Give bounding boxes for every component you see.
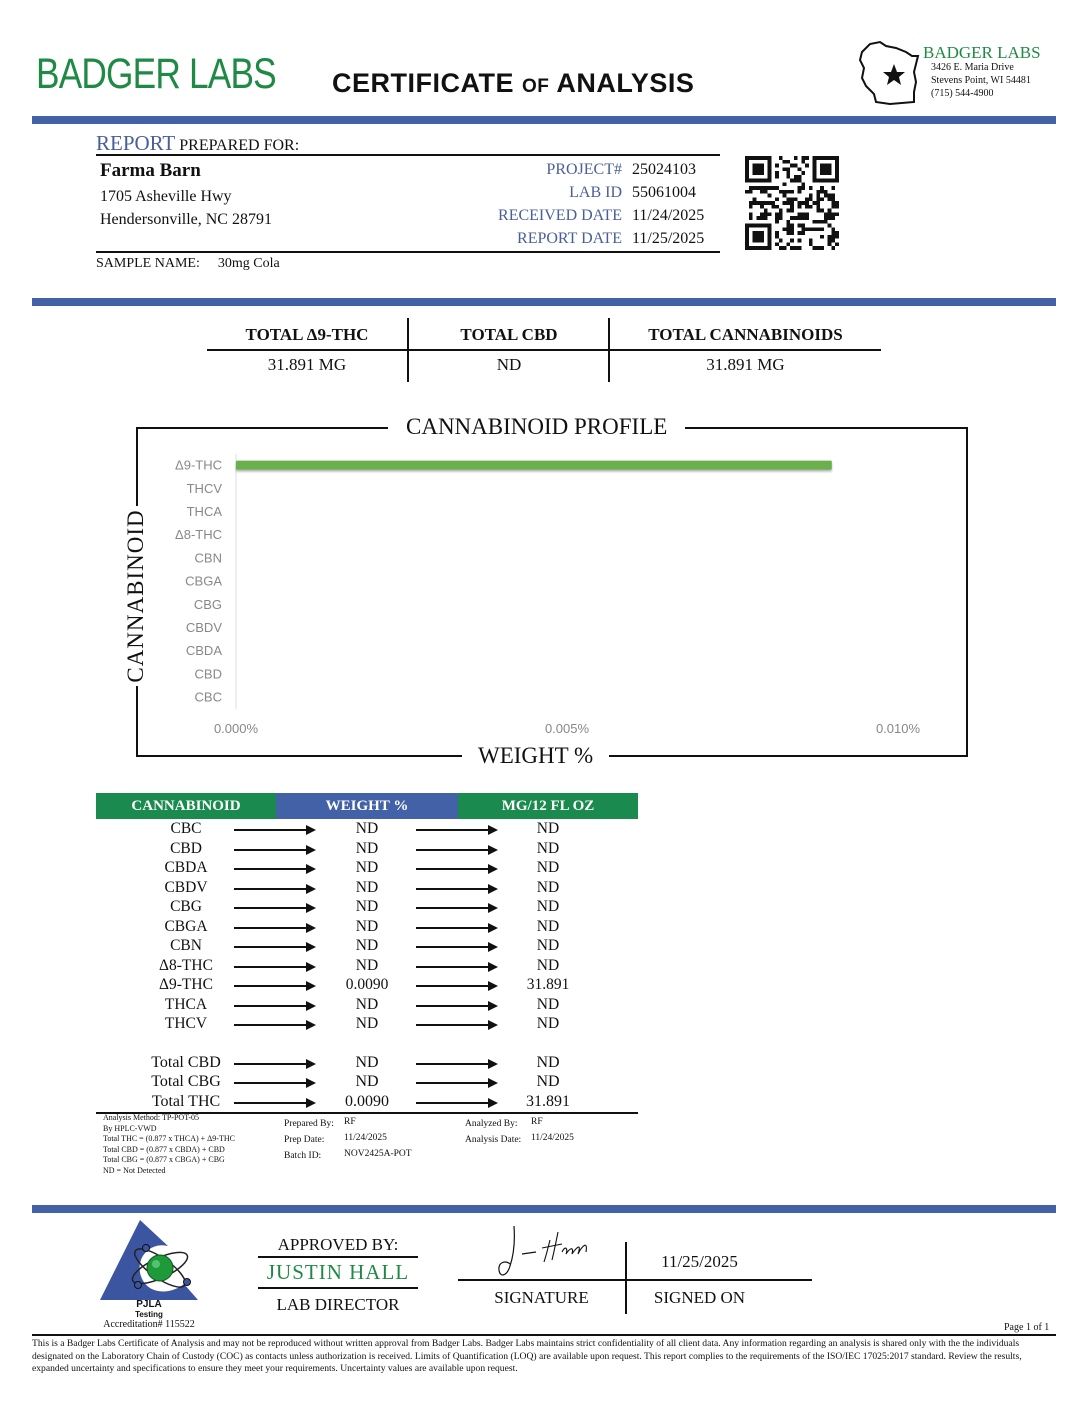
svg-text:CBDA: CBDA (186, 643, 222, 658)
prepared-by-label: Prepared By: (284, 1116, 334, 1132)
divider (207, 349, 881, 351)
lab-id: 55061004 (632, 181, 704, 204)
prep-labels: Prepared By: Prep Date: Batch ID: (284, 1116, 334, 1164)
analysis-date-label: Analysis Date: (465, 1132, 521, 1148)
note: Total THC = (0.877 x THCA) + Δ9-THC (103, 1134, 235, 1145)
received-date: 11/24/2025 (632, 204, 704, 227)
table-row: Total THC0.009031.891 (96, 1093, 638, 1113)
brand-logo: BADGER LABS (30, 46, 280, 102)
batch-id: NOV2425A-POT (344, 1146, 412, 1162)
total-cannabinoids-label: TOTAL CANNABINOIDS (610, 325, 881, 345)
svg-text:THCV: THCV (187, 481, 223, 496)
svg-text:CBDV: CBDV (186, 620, 222, 635)
table-row: Total CBGNDND (96, 1073, 638, 1093)
divider (458, 1279, 812, 1281)
lab-phone: (715) 544-4900 (931, 87, 1031, 100)
svg-text:CBC: CBC (195, 690, 222, 705)
mg-value: ND (458, 840, 638, 858)
table-row: Δ8-THCNDND (96, 957, 638, 977)
pjla-label: PJLA Testing Accreditation# 115522 (94, 1300, 204, 1330)
prep-date-label: Prep Date: (284, 1132, 334, 1148)
approver-name: JUSTIN HALL (258, 1258, 418, 1289)
column-header-cannabinoid: CANNABINOID (96, 793, 276, 819)
report-prepared-for-label: REPORT PREPARED FOR: (96, 131, 299, 156)
mg-value: ND (458, 1073, 638, 1091)
wisconsin-map-icon (856, 38, 928, 108)
prepared-by: RF (344, 1114, 412, 1130)
svg-text:Δ8-THC: Δ8-THC (175, 527, 222, 542)
report-date: 11/25/2025 (632, 227, 704, 250)
report-date-label: REPORT DATE (440, 227, 622, 250)
note: Total CBG = (0.877 x CBGA) + CBG (103, 1155, 235, 1166)
mg-value: ND (458, 820, 638, 838)
brand-name: BADGER LABS (36, 50, 276, 99)
prep-date: 11/24/2025 (344, 1130, 412, 1146)
approver-title: LAB DIRECTOR (258, 1295, 418, 1315)
table-row: CBGNDND (96, 898, 638, 918)
signed-date: 11/25/2025 (627, 1252, 772, 1272)
analyzed-by: RF (531, 1114, 574, 1130)
total-thc-value: 31.891 MG (207, 355, 407, 375)
method-notes: Analysis Method: TP-POT-05 By HPLC-VWD T… (103, 1113, 235, 1176)
report-meta-labels: PROJECT# LAB ID RECEIVED DATE REPORT DAT… (440, 158, 622, 250)
client-address: 1705 Asheville Hwy Hendersonville, NC 28… (100, 185, 272, 231)
mg-value: ND (458, 898, 638, 916)
total-cbd-label: TOTAL CBD (409, 325, 609, 345)
total-cannabinoids-value: 31.891 MG (610, 355, 881, 375)
svg-text:CBD: CBD (195, 666, 222, 681)
page-number: Page 1 of 1 (1004, 1322, 1049, 1333)
table-row: CBGANDND (96, 918, 638, 938)
chart-y-axis-label: CANNABINOID (123, 506, 149, 686)
divider (96, 154, 720, 156)
total-thc-label: TOTAL Δ9-THC (207, 325, 407, 345)
table-header: CANNABINOID WEIGHT % MG/12 FL OZ (96, 793, 638, 819)
column-header-weight: WEIGHT % (276, 793, 458, 819)
svg-text:Δ9-THC: Δ9-THC (175, 458, 222, 473)
project-label: PROJECT# (440, 158, 622, 181)
mg-value: ND (458, 937, 638, 955)
document-title: CERTIFICATE OF ANALYSIS (332, 68, 694, 99)
column-header-mg: MG/12 FL OZ (458, 793, 638, 819)
approval-block: APPROVED BY: JUSTIN HALL LAB DIRECTOR (258, 1235, 418, 1315)
svg-text:CBGA: CBGA (185, 574, 222, 589)
results-table: CANNABINOID WEIGHT % MG/12 FL OZ CBCNDND… (96, 793, 638, 1114)
footer-divider (32, 1205, 1056, 1213)
lab-name: BADGER LABS (923, 43, 1041, 63)
section-divider (32, 298, 1056, 306)
table-row: THCANDND (96, 996, 638, 1016)
table-row: CBDNDND (96, 840, 638, 860)
svg-text:THCA: THCA (187, 504, 223, 519)
signed-on-label: SIGNED ON (627, 1288, 772, 1308)
total-cbd-value: ND (409, 355, 609, 375)
svg-text:CBN: CBN (195, 550, 222, 565)
pjla-sub: Testing (135, 1310, 163, 1319)
table-row: CBDVNDND (96, 879, 638, 899)
svg-text:0.005%: 0.005% (545, 721, 590, 736)
note: By HPLC-VWD (103, 1124, 235, 1135)
report-label: REPORT (96, 131, 175, 155)
client-city: Hendersonville, NC 28791 (100, 208, 272, 231)
mg-value: ND (458, 859, 638, 877)
note: Analysis Method: TP-POT-05 (103, 1113, 235, 1124)
lab-street: 3426 E. Maria Drive (931, 61, 1031, 74)
analysis-values: RF 11/24/2025 (531, 1114, 574, 1146)
qr-code-icon[interactable] (745, 156, 839, 250)
spacer (96, 1035, 638, 1054)
received-date-label: RECEIVED DATE (440, 204, 622, 227)
mg-value: ND (458, 879, 638, 897)
prepared-for-label: PREPARED FOR: (175, 137, 299, 154)
svg-text:CBG: CBG (194, 597, 222, 612)
header-divider (32, 116, 1056, 124)
chart-x-axis-label: WEIGHT % (462, 743, 609, 769)
batch-id-label: Batch ID: (284, 1148, 334, 1164)
signature-label: SIGNATURE (458, 1288, 625, 1308)
analysis-date: 11/24/2025 (531, 1130, 574, 1146)
analyzed-by-label: Analyzed By: (465, 1116, 521, 1132)
prep-values: RF 11/24/2025 NOV2425A-POT (344, 1114, 412, 1162)
mg-value: ND (458, 918, 638, 936)
mg-value: 31.891 (458, 976, 638, 994)
divider (96, 251, 720, 253)
lab-address: 3426 E. Maria Drive Stevens Point, WI 54… (931, 61, 1031, 100)
cannabinoid-profile-chart: Δ9-THCTHCVTHCAΔ8-THCCBNCBGACBGCBDVCBDACB… (150, 450, 950, 740)
svg-text:0.010%: 0.010% (876, 721, 921, 736)
table-body: CBCNDNDCBDNDNDCBDANDNDCBDVNDNDCBGNDNDCBG… (96, 819, 638, 1035)
accreditation-number: Accreditation# 115522 (94, 1320, 204, 1330)
report-meta-values: 25024103 55061004 11/24/2025 11/25/2025 (632, 158, 704, 250)
sample-name-value: 30mg Cola (218, 256, 280, 271)
totals-summary: TOTAL Δ9-THC 31.891 MG TOTAL CBD ND TOTA… (207, 318, 881, 382)
project-number: 25024103 (632, 158, 704, 181)
mg-value: ND (458, 957, 638, 975)
disclaimer: This is a Badger Labs Certificate of Ana… (32, 1334, 1056, 1376)
table-row: CBDANDND (96, 859, 638, 879)
table-row: Total CBDNDND (96, 1054, 638, 1074)
title-of: OF (522, 76, 549, 97)
title-part: CERTIFICATE (332, 68, 522, 98)
pjla-name: PJLA (136, 1299, 162, 1310)
sample-name: SAMPLE NAME:30mg Cola (96, 256, 280, 272)
note: ND = Not Detected (103, 1166, 235, 1177)
signature-image-icon (496, 1222, 606, 1280)
analysis-labels: Analyzed By: Analysis Date: (465, 1116, 521, 1148)
mg-value: ND (458, 1015, 638, 1033)
mg-value: 31.891 (458, 1093, 638, 1111)
client-street: 1705 Asheville Hwy (100, 185, 272, 208)
table-row: CBNNDND (96, 937, 638, 957)
table-row: THCVNDND (96, 1015, 638, 1035)
title-part: ANALYSIS (549, 68, 694, 98)
signature-block: 11/25/2025 SIGNATURE SIGNED ON (458, 1222, 812, 1314)
table-row: Δ9-THC0.009031.891 (96, 976, 638, 996)
mg-value: ND (458, 996, 638, 1014)
svg-text:0.000%: 0.000% (214, 721, 259, 736)
lab-city: Stevens Point, WI 54481 (931, 74, 1031, 87)
table-row: CBCNDND (96, 820, 638, 840)
note: Total CBD = (0.877 x CBDA) + CBD (103, 1145, 235, 1156)
table-totals: Total CBDNDNDTotal CBGNDNDTotal THC0.009… (96, 1054, 638, 1113)
sample-name-label: SAMPLE NAME: (96, 256, 200, 271)
approved-by-label: APPROVED BY: (258, 1235, 418, 1258)
chart-title: CANNABINOID PROFILE (388, 414, 685, 440)
client-name: Farma Barn (100, 160, 201, 182)
lab-id-label: LAB ID (440, 181, 622, 204)
mg-value: ND (458, 1054, 638, 1072)
